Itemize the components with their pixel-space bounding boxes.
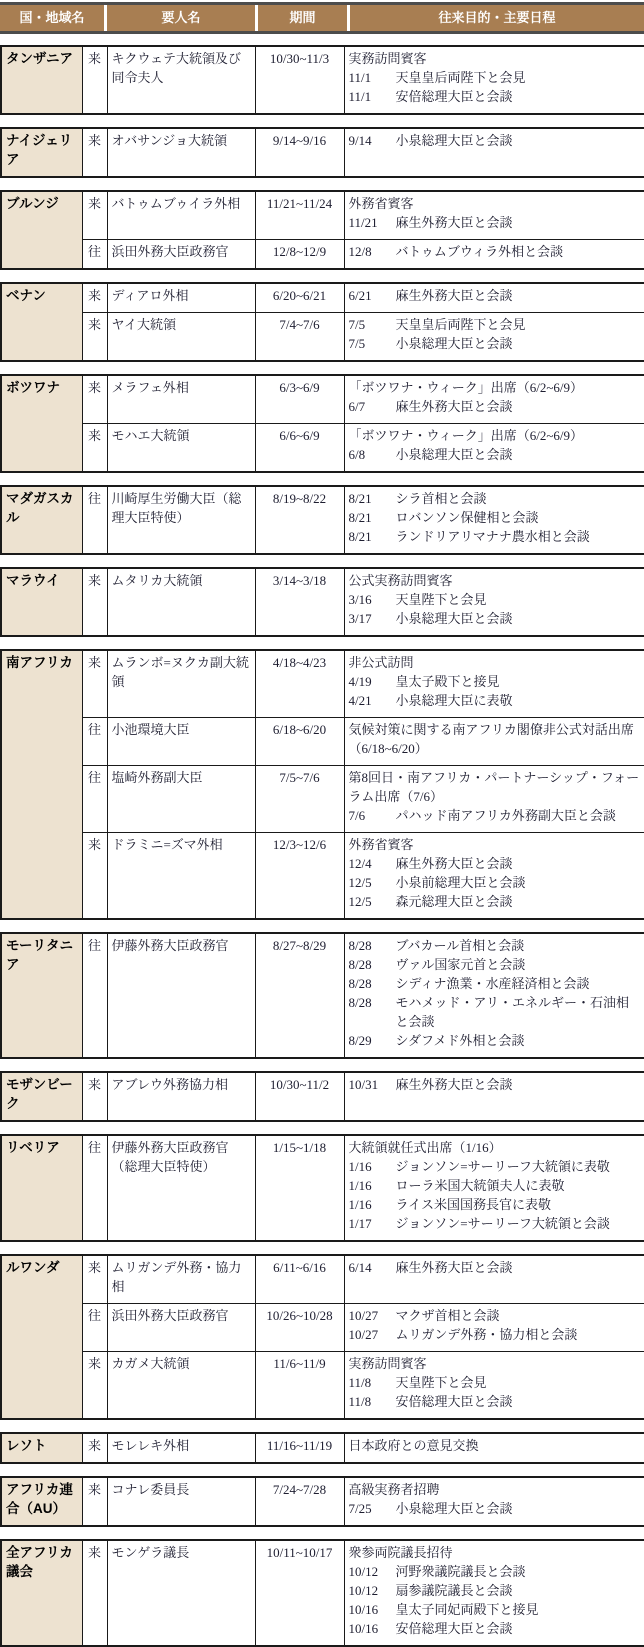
- purpose-date: 10/27: [349, 1306, 396, 1325]
- purpose-cell: 外務省賓客12/4麻生外務大臣と会談12/5小泉前総理大臣と会談12/5森元総理…: [344, 833, 644, 920]
- purpose-text: 麻生外務大臣と会談: [396, 1075, 641, 1094]
- block-spacer: [0, 362, 644, 374]
- purpose-date: 9/14: [349, 131, 396, 150]
- country-block: モーリタニア往伊藤外務大臣政務官8/27~8/298/28ブバカール首相と会談8…: [0, 932, 644, 1059]
- purpose-cell: 8/28ブバカール首相と会談8/28ヴァル国家元首と会談8/28シディナ漁業・水…: [344, 933, 644, 1058]
- purpose-text: 外務省賓客: [349, 837, 414, 852]
- person-name: 塩崎外務副大臣: [107, 766, 255, 833]
- purpose-blank-line: [349, 1094, 641, 1113]
- purpose-text: バトゥムブウィラ外相と会談: [396, 242, 641, 261]
- purpose-text: 公式実務訪問賓客: [349, 573, 453, 588]
- visit-row: アフリカ連合（AU）来コナレ委員長7/24~7/28高級実務者招聘7/25小泉総…: [1, 1477, 644, 1526]
- purpose-date: 1/16: [349, 1195, 396, 1214]
- purpose-text: ロバンソン保健相と会談: [396, 508, 641, 527]
- country-name: モザンビーク: [1, 1072, 82, 1121]
- direction-label: 来: [82, 283, 107, 313]
- purpose-line: 3/17小泉総理大臣と会談: [349, 609, 641, 628]
- header-vip-name: 要人名: [107, 5, 255, 31]
- visit-row: ブルンジ来バトゥムブゥイラ外相11/21~11/24外務省賓客11/21麻生外務…: [1, 191, 644, 240]
- purpose-line: 4/21小泉総理大臣に表敬: [349, 691, 641, 710]
- purpose-line: 8/28モハメッド・アリ・エネルギー・石油相と会談: [349, 993, 641, 1031]
- purpose-text: 非公式訪問: [349, 655, 414, 670]
- purpose-date: 7/6: [349, 806, 396, 825]
- purpose-text: ヴァル国家元首と会談: [396, 955, 641, 974]
- direction-label: 往: [82, 1135, 107, 1241]
- direction-label: 来: [82, 46, 107, 114]
- purpose-line: 11/1安倍総理大臣と会談: [349, 87, 641, 106]
- visit-period: 6/18~6/20: [255, 718, 344, 766]
- person-name: バトゥムブゥイラ外相: [107, 191, 255, 240]
- visit-row: マダガスカル往川崎厚生労働大臣（総理大臣特使）8/19~8/228/21シラ首相…: [1, 486, 644, 554]
- country-block: モザンビーク来アブレウ外務協力相10/30~11/210/31麻生外務大臣と会談: [0, 1071, 644, 1122]
- purpose-cell: 外務省賓客11/21麻生外務大臣と会談: [344, 191, 644, 240]
- visit-period: 6/3~6/9: [255, 375, 344, 424]
- purpose-line: 8/21ランドリアリマナナ農水相と会談: [349, 527, 641, 546]
- visit-period: 11/16~11/19: [255, 1433, 344, 1463]
- visit-period: 10/11~10/17: [255, 1540, 344, 1646]
- purpose-text: 河野衆議院議長と会談: [396, 1562, 641, 1581]
- visit-period: 6/11~6/16: [255, 1255, 344, 1304]
- person-name: 浜田外務大臣政務官: [107, 1304, 255, 1352]
- country-name: アフリカ連合（AU）: [1, 1477, 82, 1526]
- purpose-cell: 「ボツワナ・ウィーク」出席（6/2~6/9）6/7麻生外務大臣と会談: [344, 375, 644, 424]
- purpose-line: 実務訪問賓客: [349, 1354, 641, 1373]
- visit-period: 4/18~4/23: [255, 650, 344, 718]
- purpose-date: 10/16: [349, 1600, 396, 1619]
- purpose-line: 8/28シディナ漁業・水産経済相と会談: [349, 974, 641, 993]
- purpose-line: 外務省賓客: [349, 835, 641, 854]
- visit-period: 11/6~11/9: [255, 1352, 344, 1420]
- country-block: マダガスカル往川崎厚生労働大臣（総理大臣特使）8/19~8/228/21シラ首相…: [0, 485, 644, 555]
- purpose-text: 安倍総理大臣と会談: [396, 87, 641, 106]
- purpose-text: 麻生外務大臣と会談: [396, 286, 641, 305]
- visit-period: 8/19~8/22: [255, 486, 344, 554]
- country-block: マラウイ来ムタリカ大統領3/14~3/18公式実務訪問賓客3/16天皇陛下と会見…: [0, 567, 644, 637]
- visit-period: 10/30~11/2: [255, 1072, 344, 1121]
- visit-row: マラウイ来ムタリカ大統領3/14~3/18公式実務訪問賓客3/16天皇陛下と会見…: [1, 568, 644, 636]
- direction-label: 来: [82, 568, 107, 636]
- visit-row: 南アフリカ来ムランボ=ヌクカ副大統領4/18~4/23非公式訪問4/19皇太子殿…: [1, 650, 644, 718]
- direction-label: 来: [82, 1352, 107, 1420]
- purpose-line: 9/14小泉総理大臣と会談: [349, 131, 641, 150]
- person-name: ドラミニ=ズマ外相: [107, 833, 255, 920]
- purpose-line: 12/4麻生外務大臣と会談: [349, 854, 641, 873]
- visit-row: 来カガメ大統領11/6~11/9実務訪問賓客11/8天皇陛下と会見11/8安倍総…: [1, 1352, 644, 1420]
- visit-row: ナイジェリア来オバサンジョ大統領9/14~9/169/14小泉総理大臣と会談: [1, 128, 644, 177]
- purpose-line: 12/5森元総理大臣と会談: [349, 892, 641, 911]
- purpose-cell: 10/31麻生外務大臣と会談: [344, 1072, 644, 1121]
- country-block: レソト来モレレキ外相11/16~11/19日本政府との意見交換: [0, 1432, 644, 1464]
- person-name: ムリガンデ外務・協力相: [107, 1255, 255, 1304]
- purpose-text: 安倍総理大臣と会談: [396, 1392, 641, 1411]
- direction-label: 来: [82, 1477, 107, 1526]
- purpose-date: 10/12: [349, 1562, 396, 1581]
- direction-label: 往: [82, 766, 107, 833]
- purpose-text: マクザ首相と会談: [396, 1306, 641, 1325]
- purpose-line: 11/8安倍総理大臣と会談: [349, 1392, 641, 1411]
- visit-row: ベナン来ディアロ外相6/20~6/216/21麻生外務大臣と会談: [1, 283, 644, 313]
- purpose-line: 8/29シダフメド外相と会談: [349, 1031, 641, 1050]
- country-name: モーリタニア: [1, 933, 82, 1058]
- purpose-line: 11/1天皇皇后両陛下と会見: [349, 68, 641, 87]
- purpose-date: 11/8: [349, 1373, 396, 1392]
- purpose-cell: 公式実務訪問賓客3/16天皇陛下と会見3/17小泉総理大臣と会談: [344, 568, 644, 636]
- purpose-cell: 日本政府との意見交換: [344, 1433, 644, 1463]
- purpose-line: 7/6パハッド南アフリカ外務副大臣と会談: [349, 806, 641, 825]
- purpose-line: 外務省賓客: [349, 194, 641, 213]
- purpose-line: 1/16ローラ米国大統領夫人に表敬: [349, 1176, 641, 1195]
- person-name: 浜田外務大臣政務官: [107, 240, 255, 270]
- direction-label: 往: [82, 1304, 107, 1352]
- purpose-date: 6/7: [349, 397, 396, 416]
- purpose-line: 6/8小泉総理大臣と会談: [349, 445, 641, 464]
- purpose-cell: 「ボツワナ・ウィーク」出席（6/2~6/9）6/8小泉総理大臣と会談: [344, 424, 644, 473]
- person-name: 伊藤外務大臣政務官（総理大臣特使）: [107, 1135, 255, 1241]
- purpose-text: 小泉総理大臣と会談: [396, 445, 641, 464]
- direction-label: 来: [82, 833, 107, 920]
- purpose-date: 11/21: [349, 213, 396, 232]
- purpose-text: 安倍総理大臣と会談: [396, 1619, 641, 1638]
- direction-label: 来: [82, 1255, 107, 1304]
- purpose-line: 10/12河野衆議院議長と会談: [349, 1562, 641, 1581]
- purpose-text: 実務訪問賓客: [349, 1356, 427, 1371]
- country-name: ナイジェリア: [1, 128, 82, 177]
- purpose-line: 11/8天皇陛下と会見: [349, 1373, 641, 1392]
- direction-label: 来: [82, 128, 107, 177]
- country-block: ルワンダ来ムリガンデ外務・協力相6/11~6/166/14麻生外務大臣と会談往浜…: [0, 1254, 644, 1420]
- purpose-cell: 7/5天皇皇后両陛下と会見7/5小泉総理大臣と会談: [344, 313, 644, 362]
- purpose-line: 8/21シラ首相と会談: [349, 489, 641, 508]
- header-purpose-schedule: 往来目的・主要日程: [350, 5, 644, 31]
- purpose-text: 気候対策に関する南アフリカ閣僚非公式対話出席（6/18~6/20）: [349, 722, 634, 756]
- purpose-text: 小泉前総理大臣と会談: [396, 873, 641, 892]
- purpose-date: 8/28: [349, 993, 396, 1031]
- purpose-line: 10/16安倍総理大臣と会談: [349, 1619, 641, 1638]
- direction-label: 往: [82, 933, 107, 1058]
- person-name: 伊藤外務大臣政務官: [107, 933, 255, 1058]
- purpose-date: 3/17: [349, 609, 396, 628]
- country-name: 南アフリカ: [1, 650, 82, 919]
- country-block: タンザニア来キクウェテ大統領及び同令夫人10/30~11/3実務訪問賓客11/1…: [0, 45, 644, 115]
- person-name: モハエ大統領: [107, 424, 255, 473]
- country-block: アフリカ連合（AU）来コナレ委員長7/24~7/28高級実務者招聘7/25小泉総…: [0, 1476, 644, 1527]
- person-name: キクウェテ大統領及び同令夫人: [107, 46, 255, 114]
- purpose-text: 麻生外務大臣と会談: [396, 213, 641, 232]
- visit-period: 6/6~6/9: [255, 424, 344, 473]
- visits-table-body: タンザニア来キクウェテ大統領及び同令夫人10/30~11/3実務訪問賓客11/1…: [0, 45, 644, 1647]
- purpose-cell: 衆参両院議長招待10/12河野衆議院議長と会談10/12扇参議院議長と会談10/…: [344, 1540, 644, 1646]
- purpose-date: 12/8: [349, 242, 396, 261]
- purpose-cell: 8/21シラ首相と会談8/21ロバンソン保健相と会談8/21ランドリアリマナナ農…: [344, 486, 644, 554]
- country-name: マラウイ: [1, 568, 82, 636]
- purpose-text: 第8回日・南アフリカ・パートナーシップ・フォーラム出席（7/6）: [349, 770, 640, 804]
- visit-row: モーリタニア往伊藤外務大臣政務官8/27~8/298/28ブバカール首相と会談8…: [1, 933, 644, 1058]
- purpose-line: 8/28ブバカール首相と会談: [349, 936, 641, 955]
- person-name: オバサンジョ大統領: [107, 128, 255, 177]
- purpose-line: 「ボツワナ・ウィーク」出席（6/2~6/9）: [349, 426, 641, 445]
- purpose-text: 小泉総理大臣と会談: [396, 609, 641, 628]
- block-spacer: [0, 178, 644, 190]
- visit-period: 3/14~3/18: [255, 568, 344, 636]
- purpose-date: 4/19: [349, 672, 396, 691]
- purpose-line: 「ボツワナ・ウィーク」出席（6/2~6/9）: [349, 378, 641, 397]
- purpose-line: 10/12扇参議院議長と会談: [349, 1581, 641, 1600]
- visit-row: 往塩崎外務副大臣7/5~7/6第8回日・南アフリカ・パートナーシップ・フォーラム…: [1, 766, 644, 833]
- purpose-line: 日本政府との意見交換: [349, 1436, 641, 1455]
- block-spacer: [0, 637, 644, 649]
- visit-period: 9/14~9/16: [255, 128, 344, 177]
- purpose-line: 高級実務者招聘: [349, 1480, 641, 1499]
- visit-row: タンザニア来キクウェテ大統領及び同令夫人10/30~11/3実務訪問賓客11/1…: [1, 46, 644, 114]
- purpose-blank-line: [349, 150, 641, 169]
- country-block: 南アフリカ来ムランボ=ヌクカ副大統領4/18~4/23非公式訪問4/19皇太子殿…: [0, 649, 644, 920]
- person-name: メラフェ外相: [107, 375, 255, 424]
- purpose-text: ジョンソン=サーリーフ大統領と会談: [396, 1214, 641, 1233]
- purpose-line: 1/16ライス米国国務長官に表敬: [349, 1195, 641, 1214]
- visit-row: モザンビーク来アブレウ外務協力相10/30~11/210/31麻生外務大臣と会談: [1, 1072, 644, 1121]
- purpose-text: ブバカール首相と会談: [396, 936, 641, 955]
- purpose-date: 11/8: [349, 1392, 396, 1411]
- direction-label: 往: [82, 486, 107, 554]
- purpose-text: 森元総理大臣と会談: [396, 892, 641, 911]
- purpose-line: 6/14麻生外務大臣と会談: [349, 1258, 641, 1277]
- person-name: 川崎厚生労働大臣（総理大臣特使）: [107, 486, 255, 554]
- purpose-date: 8/21: [349, 527, 396, 546]
- purpose-text: ランドリアリマナナ農水相と会談: [396, 527, 641, 546]
- purpose-text: 扇参議院議長と会談: [396, 1581, 641, 1600]
- visit-period: 7/24~7/28: [255, 1477, 344, 1526]
- purpose-date: 8/28: [349, 936, 396, 955]
- person-name: アブレウ外務協力相: [107, 1072, 255, 1121]
- purpose-text: 「ボツワナ・ウィーク」出席（6/2~6/9）: [349, 380, 583, 395]
- purpose-line: 10/27ムリガンデ外務・協力相と会談: [349, 1325, 641, 1344]
- country-name: ルワンダ: [1, 1255, 82, 1419]
- country-block: リベリア往伊藤外務大臣政務官（総理大臣特使）1/15~1/18大統領就任式出席（…: [0, 1134, 644, 1242]
- country-block: ベナン来ディアロ外相6/20~6/216/21麻生外務大臣と会談来ヤイ大統領7/…: [0, 282, 644, 362]
- purpose-text: 麻生外務大臣と会談: [396, 1258, 641, 1277]
- header-spacer: [0, 34, 644, 45]
- purpose-line: 10/31麻生外務大臣と会談: [349, 1075, 641, 1094]
- purpose-date: 8/29: [349, 1031, 396, 1050]
- purpose-cell: 6/14麻生外務大臣と会談: [344, 1255, 644, 1304]
- purpose-text: 皇太子同妃両殿下と接見: [396, 1600, 641, 1619]
- purpose-date: 1/16: [349, 1176, 396, 1195]
- purpose-date: 1/16: [349, 1157, 396, 1176]
- purpose-text: パハッド南アフリカ外務副大臣と会談: [396, 806, 641, 825]
- visit-row: 来ヤイ大統領7/4~7/67/5天皇皇后両陛下と会見7/5小泉総理大臣と会談: [1, 313, 644, 362]
- purpose-line: 衆参両院議長招待: [349, 1543, 641, 1562]
- purpose-cell: 大統領就任式出席（1/16）1/16ジョンソン=サーリーフ大統領に表敬1/16ロ…: [344, 1135, 644, 1241]
- person-name: ムランボ=ヌクカ副大統領: [107, 650, 255, 718]
- visit-row: レソト来モレレキ外相11/16~11/19日本政府との意見交換: [1, 1433, 644, 1463]
- person-name: ヤイ大統領: [107, 313, 255, 362]
- purpose-date: 11/1: [349, 68, 396, 87]
- country-name: マダガスカル: [1, 486, 82, 554]
- block-spacer: [0, 1420, 644, 1432]
- purpose-date: 8/21: [349, 489, 396, 508]
- country-block: ボツワナ来メラフェ外相6/3~6/9「ボツワナ・ウィーク」出席（6/2~6/9）…: [0, 374, 644, 473]
- purpose-date: 8/28: [349, 955, 396, 974]
- purpose-text: ライス米国国務長官に表敬: [396, 1195, 641, 1214]
- block-spacer: [0, 1242, 644, 1254]
- purpose-cell: 高級実務者招聘7/25小泉総理大臣と会談: [344, 1477, 644, 1526]
- direction-label: 来: [82, 1072, 107, 1121]
- purpose-line: 実務訪問賓客: [349, 49, 641, 68]
- purpose-text: シダフメド外相と会談: [396, 1031, 641, 1050]
- visit-row: 全アフリカ議会来モンゲラ議長10/11~10/17衆参両院議長招待10/12河野…: [1, 1540, 644, 1646]
- purpose-text: シラ首相と会談: [396, 489, 641, 508]
- block-spacer: [0, 473, 644, 485]
- purpose-line: 7/25小泉総理大臣と会談: [349, 1499, 641, 1518]
- visit-period: 12/3~12/6: [255, 833, 344, 920]
- purpose-line: 12/5小泉前総理大臣と会談: [349, 873, 641, 892]
- country-block: ブルンジ来バトゥムブゥイラ外相11/21~11/24外務省賓客11/21麻生外務…: [0, 190, 644, 270]
- block-spacer: [0, 270, 644, 282]
- direction-label: 来: [82, 375, 107, 424]
- purpose-line: 11/21麻生外務大臣と会談: [349, 213, 641, 232]
- purpose-cell: 6/21麻生外務大臣と会談: [344, 283, 644, 313]
- purpose-text: 小泉総理大臣と会談: [396, 131, 641, 150]
- visit-row: 来モハエ大統領6/6~6/9「ボツワナ・ウィーク」出席（6/2~6/9）6/8小…: [1, 424, 644, 473]
- purpose-text: 小泉総理大臣と会談: [396, 334, 641, 353]
- purpose-text: シディナ漁業・水産経済相と会談: [396, 974, 641, 993]
- purpose-date: 4/21: [349, 691, 396, 710]
- person-name: 小池環境大臣: [107, 718, 255, 766]
- table-header-row: 国・地域名 要人名 期間 往来目的・主要日程: [0, 2, 644, 34]
- purpose-date: 12/4: [349, 854, 396, 873]
- direction-label: 来: [82, 191, 107, 240]
- purpose-line: 気候対策に関する南アフリカ閣僚非公式対話出席（6/18~6/20）: [349, 720, 641, 758]
- purpose-text: ジョンソン=サーリーフ大統領に表敬: [396, 1157, 641, 1176]
- direction-label: 来: [82, 424, 107, 473]
- purpose-date: 10/16: [349, 1619, 396, 1638]
- purpose-date: 10/12: [349, 1581, 396, 1600]
- visit-row: 往浜田外務大臣政務官12/8~12/912/8バトゥムブウィラ外相と会談: [1, 240, 644, 270]
- country-block: ナイジェリア来オバサンジョ大統領9/14~9/169/14小泉総理大臣と会談: [0, 127, 644, 178]
- visit-row: ルワンダ来ムリガンデ外務・協力相6/11~6/166/14麻生外務大臣と会談: [1, 1255, 644, 1304]
- direction-label: 来: [82, 1433, 107, 1463]
- purpose-date: 7/5: [349, 315, 396, 334]
- purpose-text: 日本政府との意見交換: [349, 1438, 479, 1453]
- country-name: 全アフリカ議会: [1, 1540, 82, 1646]
- direction-label: 来: [82, 313, 107, 362]
- visit-period: 1/15~1/18: [255, 1135, 344, 1241]
- block-spacer: [0, 1527, 644, 1539]
- purpose-line: 7/5天皇皇后両陛下と会見: [349, 315, 641, 334]
- visit-period: 7/4~7/6: [255, 313, 344, 362]
- purpose-date: 12/5: [349, 873, 396, 892]
- purpose-date: 6/21: [349, 286, 396, 305]
- visit-row: 往小池環境大臣6/18~6/20気候対策に関する南アフリカ閣僚非公式対話出席（6…: [1, 718, 644, 766]
- purpose-text: 小泉総理大臣と会談: [396, 1499, 641, 1518]
- purpose-cell: 12/8バトゥムブウィラ外相と会談: [344, 240, 644, 270]
- purpose-cell: 第8回日・南アフリカ・パートナーシップ・フォーラム出席（7/6）7/6パハッド南…: [344, 766, 644, 833]
- purpose-line: 6/21麻生外務大臣と会談: [349, 286, 641, 305]
- purpose-cell: 10/27マクザ首相と会談10/27ムリガンデ外務・協力相と会談: [344, 1304, 644, 1352]
- purpose-line: 8/28ヴァル国家元首と会談: [349, 955, 641, 974]
- purpose-text: 麻生外務大臣と会談: [396, 397, 641, 416]
- purpose-cell: 9/14小泉総理大臣と会談: [344, 128, 644, 177]
- purpose-line: 公式実務訪問賓客: [349, 571, 641, 590]
- block-spacer: [0, 555, 644, 567]
- block-spacer: [0, 1122, 644, 1134]
- visit-period: 7/5~7/6: [255, 766, 344, 833]
- purpose-line: 12/8バトゥムブウィラ外相と会談: [349, 242, 641, 261]
- person-name: カガメ大統領: [107, 1352, 255, 1420]
- purpose-text: ローラ米国大統領夫人に表敬: [396, 1176, 641, 1195]
- visit-period: 11/21~11/24: [255, 191, 344, 240]
- purpose-text: 天皇陛下と会見: [396, 590, 641, 609]
- purpose-text: 衆参両院議長招待: [349, 1545, 453, 1560]
- purpose-text: 皇太子殿下と接見: [396, 672, 641, 691]
- purpose-date: 8/21: [349, 508, 396, 527]
- country-name: ブルンジ: [1, 191, 82, 269]
- country-name: ボツワナ: [1, 375, 82, 472]
- purpose-line: 4/19皇太子殿下と接見: [349, 672, 641, 691]
- purpose-date: 7/5: [349, 334, 396, 353]
- direction-label: 来: [82, 1540, 107, 1646]
- purpose-cell: 実務訪問賓客11/1天皇皇后両陛下と会見11/1安倍総理大臣と会談: [344, 46, 644, 114]
- block-spacer: [0, 115, 644, 127]
- block-spacer: [0, 920, 644, 932]
- purpose-text: 高級実務者招聘: [349, 1482, 440, 1497]
- purpose-date: 12/5: [349, 892, 396, 911]
- header-country-region: 国・地域名: [0, 5, 104, 31]
- purpose-line: 非公式訪問: [349, 653, 641, 672]
- visit-period: 10/30~11/3: [255, 46, 344, 114]
- purpose-date: 10/31: [349, 1075, 396, 1094]
- block-spacer: [0, 1464, 644, 1476]
- purpose-text: 大統領就任式出席（1/16）: [349, 1140, 502, 1155]
- purpose-line: 6/7麻生外務大臣と会談: [349, 397, 641, 416]
- person-name: モレレキ外相: [107, 1433, 255, 1463]
- purpose-line: 10/27マクザ首相と会談: [349, 1306, 641, 1325]
- person-name: モンゲラ議長: [107, 1540, 255, 1646]
- country-name: ベナン: [1, 283, 82, 361]
- purpose-cell: 実務訪問賓客11/8天皇陛下と会見11/8安倍総理大臣と会談: [344, 1352, 644, 1420]
- person-name: ディアロ外相: [107, 283, 255, 313]
- country-name: レソト: [1, 1433, 82, 1463]
- direction-label: 来: [82, 650, 107, 718]
- purpose-date: 8/28: [349, 974, 396, 993]
- purpose-text: 天皇皇后両陛下と会見: [396, 68, 641, 87]
- purpose-line: 7/5小泉総理大臣と会談: [349, 334, 641, 353]
- country-name: タンザニア: [1, 46, 82, 114]
- visit-row: 往浜田外務大臣政務官10/26~10/2810/27マクザ首相と会談10/27ム…: [1, 1304, 644, 1352]
- purpose-text: 天皇皇后両陛下と会見: [396, 315, 641, 334]
- person-name: コナレ委員長: [107, 1477, 255, 1526]
- purpose-line: 3/16天皇陛下と会見: [349, 590, 641, 609]
- purpose-line: 1/17ジョンソン=サーリーフ大統領と会談: [349, 1214, 641, 1233]
- purpose-date: 10/27: [349, 1325, 396, 1344]
- direction-label: 往: [82, 718, 107, 766]
- country-name: リベリア: [1, 1135, 82, 1241]
- purpose-date: 6/8: [349, 445, 396, 464]
- purpose-text: ムリガンデ外務・協力相と会談: [396, 1325, 641, 1344]
- purpose-cell: 気候対策に関する南アフリカ閣僚非公式対話出席（6/18~6/20）: [344, 718, 644, 766]
- visit-period: 8/27~8/29: [255, 933, 344, 1058]
- person-name: ムタリカ大統領: [107, 568, 255, 636]
- document-page: { "header": { "cols": ["国・地域名", "要人名", "…: [0, 2, 644, 1647]
- purpose-line: 大統領就任式出席（1/16）: [349, 1138, 641, 1157]
- visit-period: 12/8~12/9: [255, 240, 344, 270]
- purpose-date: 7/25: [349, 1499, 396, 1518]
- purpose-text: 「ボツワナ・ウィーク」出席（6/2~6/9）: [349, 428, 583, 443]
- purpose-date: 11/1: [349, 87, 396, 106]
- purpose-date: 1/17: [349, 1214, 396, 1233]
- direction-label: 往: [82, 240, 107, 270]
- purpose-date: 6/14: [349, 1258, 396, 1277]
